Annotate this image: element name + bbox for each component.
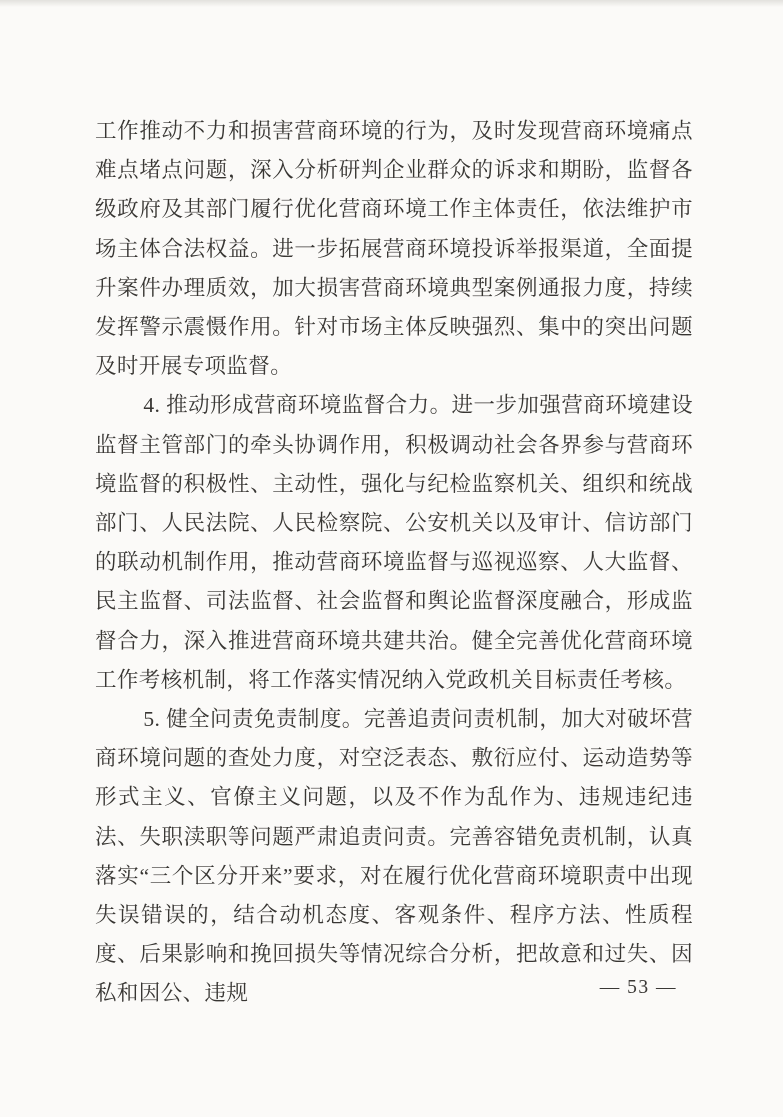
document-page: 工作推动不力和损害营商环境的行为，及时发现营商环境痛点难点堵点问题，深入分析研判… [0,0,783,1117]
paragraph-item-4: 4. 推动形成营商环境监督合力。进一步加强营商环境建设监督主管部门的牵头协调作用… [95,386,693,700]
paragraph-continuation: 工作推动不力和损害营商环境的行为，及时发现营商环境痛点难点堵点问题，深入分析研判… [95,112,693,386]
paragraph-item-5: 5. 健全问责免责制度。完善追责问责机制，加大对破坏营商环境问题的查处力度，对空… [95,700,693,1014]
page-number: — 53 — [600,977,677,999]
body-text: 工作推动不力和损害营商环境的行为，及时发现营商环境痛点难点堵点问题，深入分析研判… [95,112,693,1014]
